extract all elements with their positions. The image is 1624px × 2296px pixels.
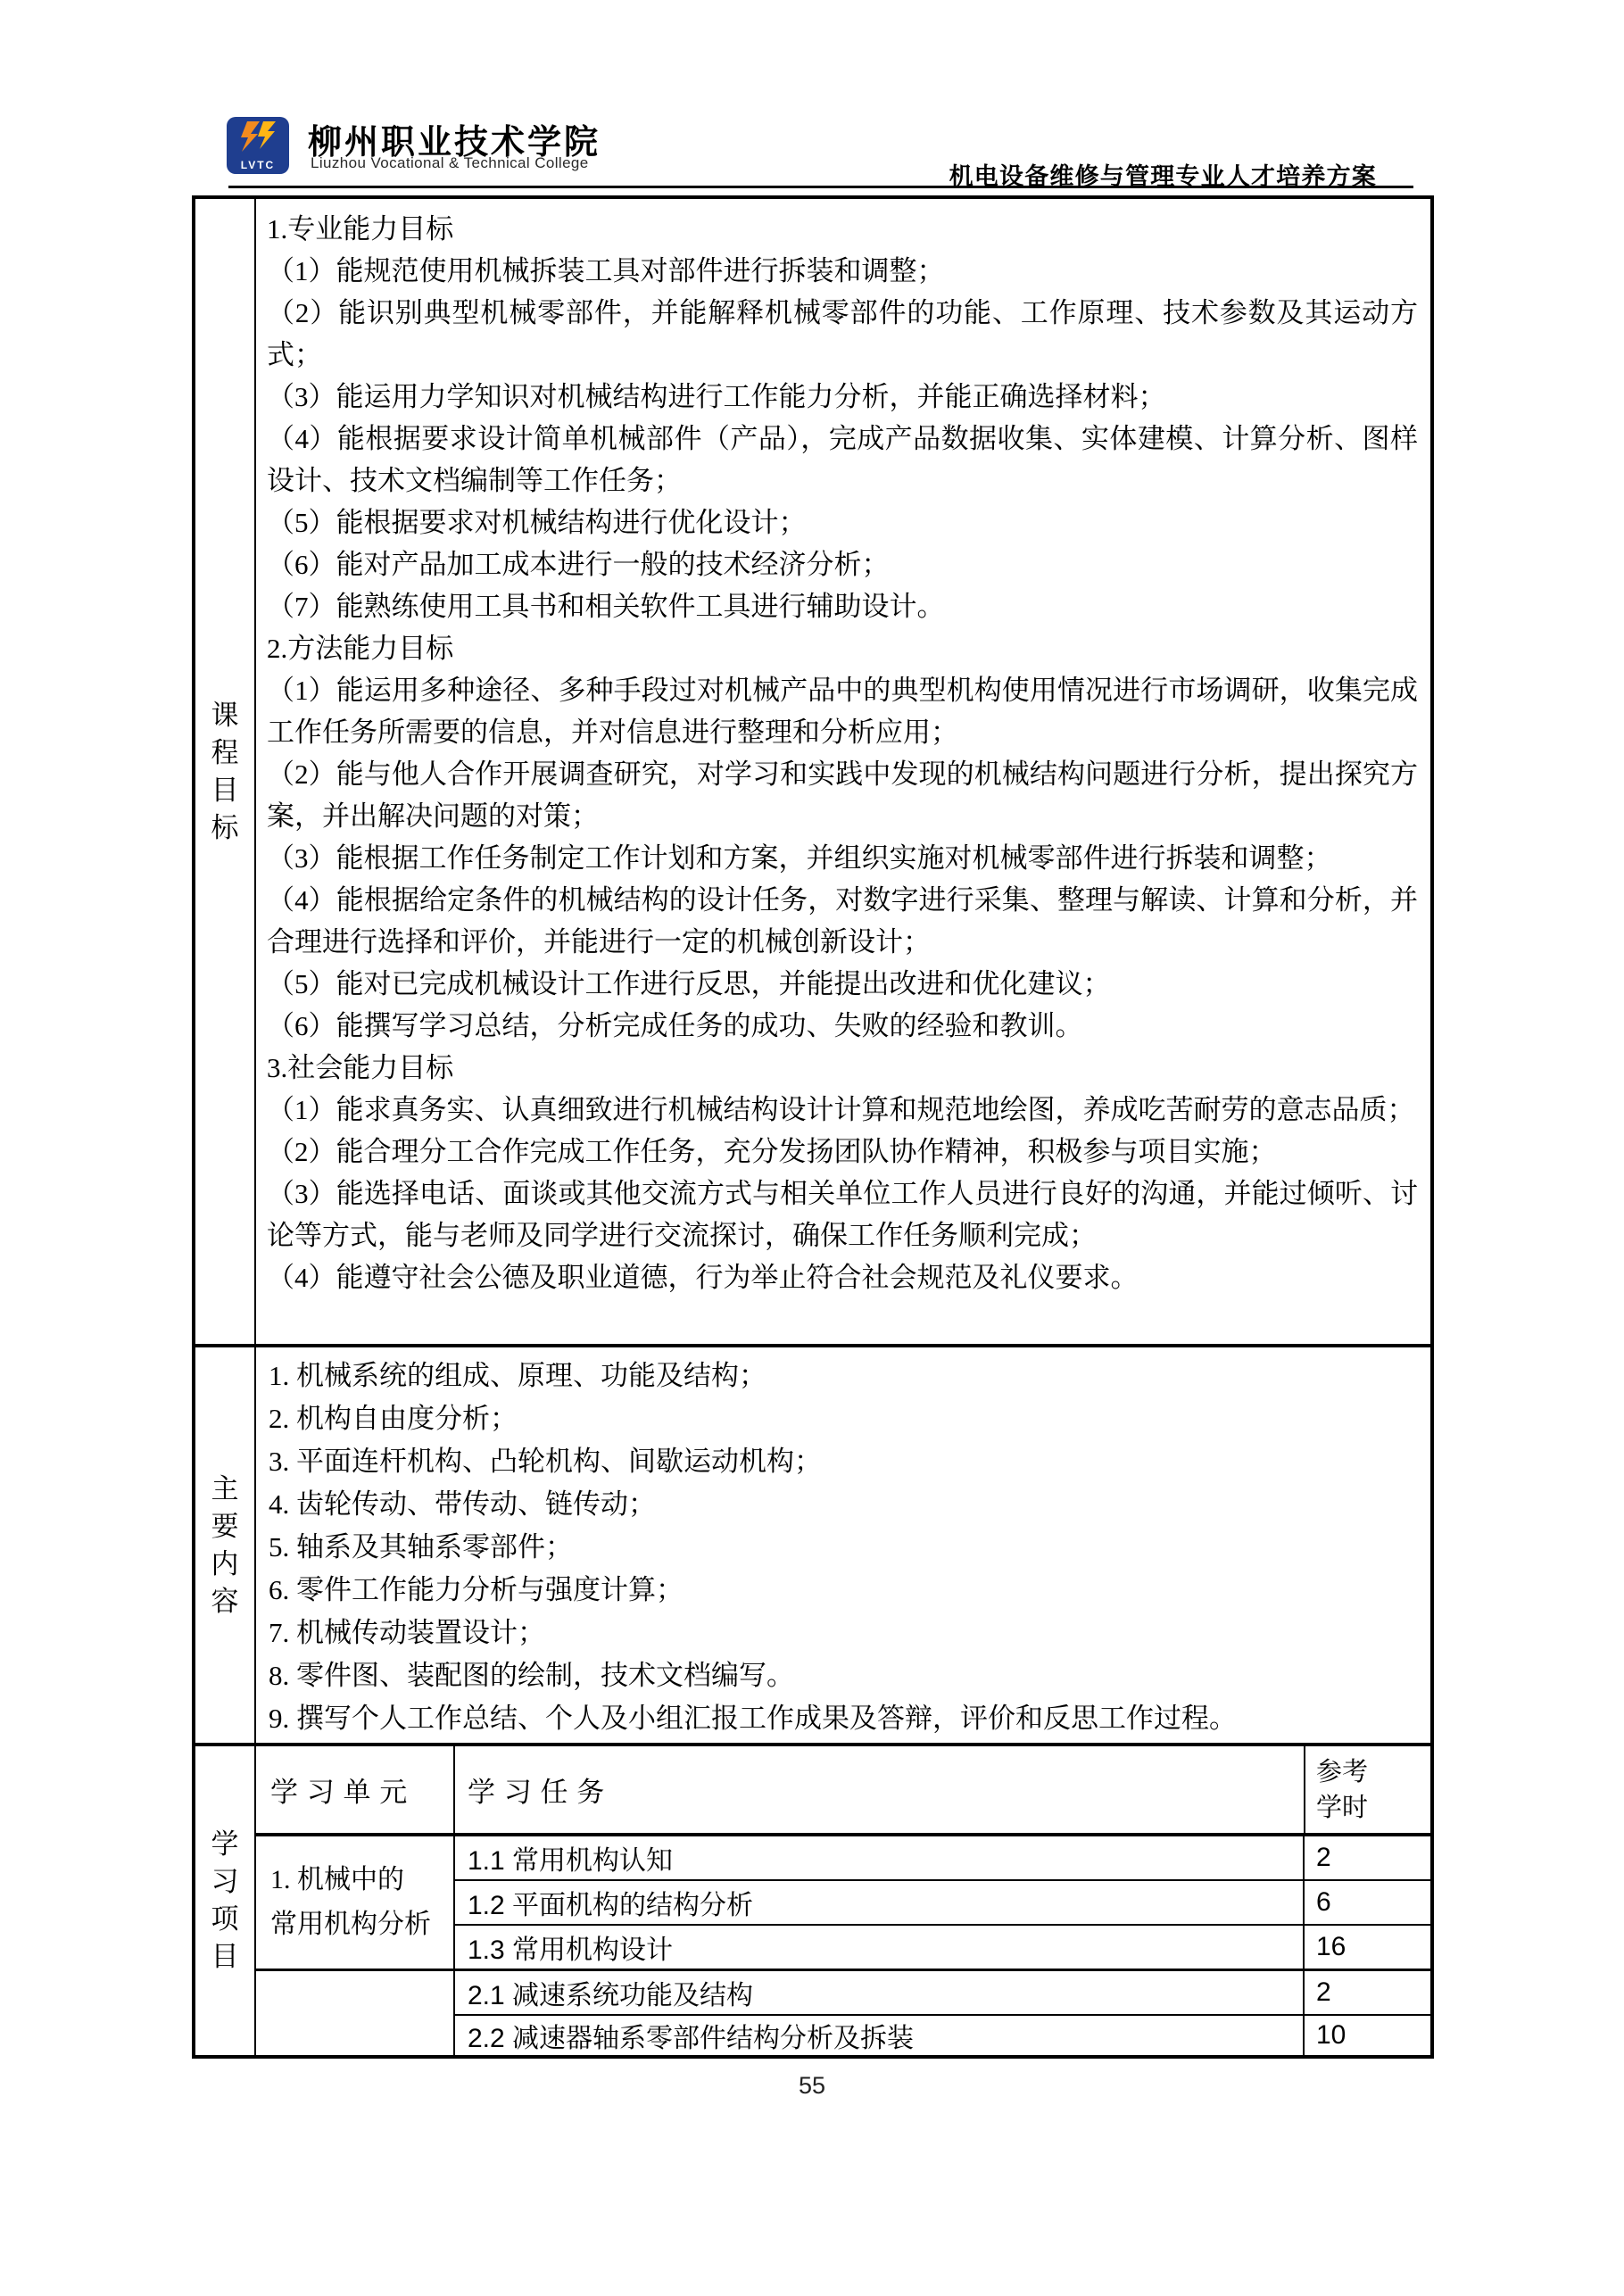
main-content-list: 1. 机械系统的组成、原理、功能及结构；2. 机构自由度分析；3. 平面连杆机构… [256, 1347, 1430, 1743]
task-name: 2.1 减速系统功能及结构 [455, 1971, 1305, 2014]
row-label-cell: 学 习 项 目 [195, 1746, 256, 2055]
unit-cell-1: 1. 机械中的 常用机构分析 [256, 1836, 453, 1971]
page-number: 55 [0, 2072, 1624, 2100]
learning-task-column: 1.1 常用机构认知 2 1.2 平面机构的结构分析 6 1.3 常用机构设计 … [455, 1836, 1430, 2055]
column-header-learning-task: 学 习 任 务 [455, 1746, 1305, 1833]
row-label-cell: 课 程 目 标 [195, 199, 256, 1344]
table-row-main-content: 主 要 内 容 1. 机械系统的组成、原理、功能及结构；2. 机构自由度分析；3… [195, 1347, 1430, 1746]
task-hours: 2 [1305, 1971, 1430, 2014]
task-hours: 10 [1305, 2016, 1430, 2055]
college-logo: LVTC [227, 117, 289, 174]
task-row: 1.3 常用机构设计 16 [455, 1926, 1430, 1971]
table-row-learning-projects: 学 习 项 目 学 习 单 元 学 习 任 务 参考 学时 1. 机械中的 常用… [195, 1746, 1430, 2055]
table-row-course-objectives: 课 程 目 标 1.专业能力目标（1）能规范使用机械拆装工具对部件进行拆装和调整… [195, 199, 1430, 1347]
task-hours: 2 [1305, 1836, 1430, 1879]
course-objectives-text: 1.专业能力目标（1）能规范使用机械拆装工具对部件进行拆装和调整；（2）能识别典… [256, 199, 1430, 1344]
column-header-learning-unit: 学 习 单 元 [256, 1746, 455, 1833]
row-label-course-objectives: 课 程 目 标 [211, 697, 239, 847]
row-label-cell: 主 要 内 容 [195, 1347, 256, 1743]
learning-projects-subtable: 学 习 单 元 学 习 任 务 参考 学时 1. 机械中的 常用机构分析 1.1… [256, 1746, 1430, 2055]
task-name: 1.1 常用机构认知 [455, 1836, 1305, 1879]
subtable-header-row: 学 习 单 元 学 习 任 务 参考 学时 [256, 1746, 1430, 1836]
unit-cell-2 [256, 1971, 453, 2055]
column-header-reference-hours: 参考 学时 [1305, 1746, 1430, 1833]
task-name: 2.2 减速器轴系零部件结构分析及拆装 [455, 2016, 1305, 2055]
task-hours: 6 [1305, 1881, 1430, 1924]
row-label-learning-projects: 学 习 项 目 [211, 1826, 239, 1976]
task-hours: 16 [1305, 1926, 1430, 1969]
task-row: 2.2 减速器轴系零部件结构分析及拆装 10 [455, 2016, 1430, 2055]
task-name: 1.2 平面机构的结构分析 [455, 1881, 1305, 1924]
logo-abbr: LVTC [227, 159, 289, 172]
task-name: 1.3 常用机构设计 [455, 1926, 1305, 1969]
college-name-en: Liuzhou Vocational & Technical College [311, 154, 589, 172]
task-row: 1.2 平面机构的结构分析 6 [455, 1881, 1430, 1926]
learning-unit-column: 1. 机械中的 常用机构分析 [256, 1836, 455, 2055]
header-rule [228, 186, 1413, 188]
curriculum-table: 课 程 目 标 1.专业能力目标（1）能规范使用机械拆装工具对部件进行拆装和调整… [192, 195, 1434, 2059]
task-row: 2.1 减速系统功能及结构 2 [455, 1971, 1430, 2016]
logo-lightning-icon [238, 120, 278, 154]
task-row: 1.1 常用机构认知 2 [455, 1836, 1430, 1881]
subtable-body: 1. 机械中的 常用机构分析 1.1 常用机构认知 2 1.2 平面机构的结构分… [256, 1836, 1430, 2055]
document-page: LVTC 柳州职业技术学院 Liuzhou Vocational & Techn… [0, 0, 1624, 2296]
row-label-main-content: 主 要 内 容 [211, 1471, 239, 1620]
